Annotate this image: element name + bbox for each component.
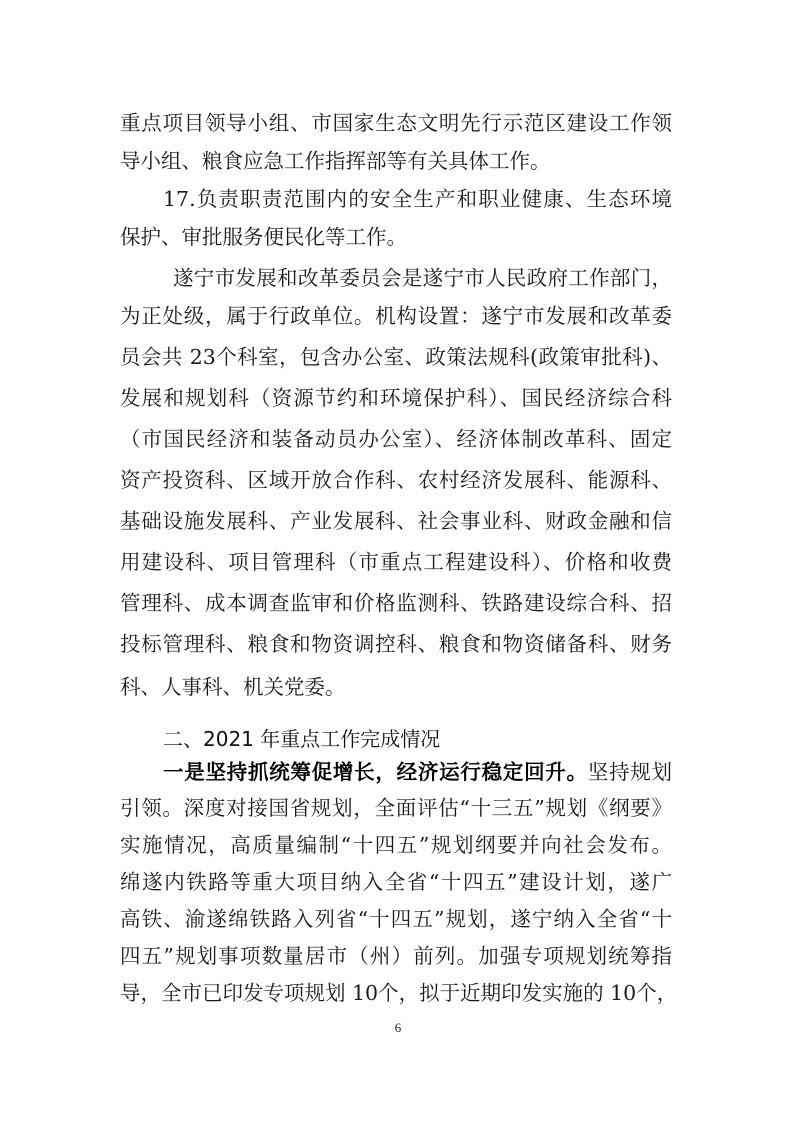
lead-paragraph-line: 一是坚持抓统筹促增长，经济运行稳定回升。坚持规划 (163, 757, 672, 787)
text-line: 管理科、成本调查监审和价格监测科、铁路建设综合科、招 (120, 588, 672, 618)
text-line: 保护、审批服务便民化等工作。 (120, 222, 672, 252)
text-line: 绵遂内铁路等重大项目纳入全省“十四五”建设计划，遂广 (120, 867, 672, 897)
text-line: 员会共 23个科室，包含办公室、政策法规科(政策审批科)、 (120, 342, 672, 372)
page-number: 6 (390, 1020, 406, 1036)
text-line: 重点项目领导小组、市国家生态文明先行示范区建设工作领 (120, 108, 672, 138)
text-line: （市国民经济和装备动员办公室）、经济体制改革科、固定 (120, 424, 672, 454)
list-item-17: 17.负责职责范围内的安全生产和职业健康、生态环境 (163, 184, 672, 214)
text-line: 导，全市已印发专项规划 10个，拟于近期印发实施的 10个， (120, 978, 672, 1008)
text-line: 发展和规划科（资源节约和环境保护科）、国民经济综合科 (120, 383, 672, 413)
text-line: 高铁、渝遂绵铁路入列省“十四五”规划，遂宁纳入全省“十 (120, 904, 672, 934)
text-line: 导小组、粮食应急工作指挥部等有关具体工作。 (120, 146, 672, 176)
section-heading: 二、2021 年重点工作完成情况 (163, 724, 440, 754)
text-line: 资产投资科、区域开放合作科、农村经济发展科、能源科、 (120, 465, 672, 495)
text-line: 基础设施发展科、产业发展科、社会事业科、财政金融和信 (120, 506, 672, 536)
text-line: 四五”规划事项数量居市（州）前列。加强专项规划统筹指 (120, 941, 672, 971)
text-line: 投标管理科、粮食和物资调控科、粮食和物资储备科、财务 (120, 629, 672, 659)
text-line: 科、人事科、机关党委。 (120, 672, 672, 702)
text-line: 实施情况，高质量编制“十四五”规划纲要并向社会发布。 (120, 830, 672, 860)
paragraph-start: 遂宁市发展和改革委员会是遂宁市人民政府工作部门， (173, 263, 672, 293)
lead-bold-text: 一是坚持抓统筹促增长，经济运行稳定回升。 (163, 760, 588, 784)
text-line: 用建设科、项目管理科（市重点工程建设科）、价格和收费 (120, 547, 672, 577)
text-line: 引领。深度对接国省规划，全面评估“十三五”规划《纲要》 (120, 793, 672, 823)
document-page: 重点项目领导小组、市国家生态文明先行示范区建设工作领 导小组、粮食应急工作指挥部… (0, 0, 793, 1122)
text-line: 为正处级，属于行政单位。机构设置：遂宁市发展和改革委 (120, 301, 672, 331)
lead-rest-text: 坚持规划 (588, 760, 672, 784)
